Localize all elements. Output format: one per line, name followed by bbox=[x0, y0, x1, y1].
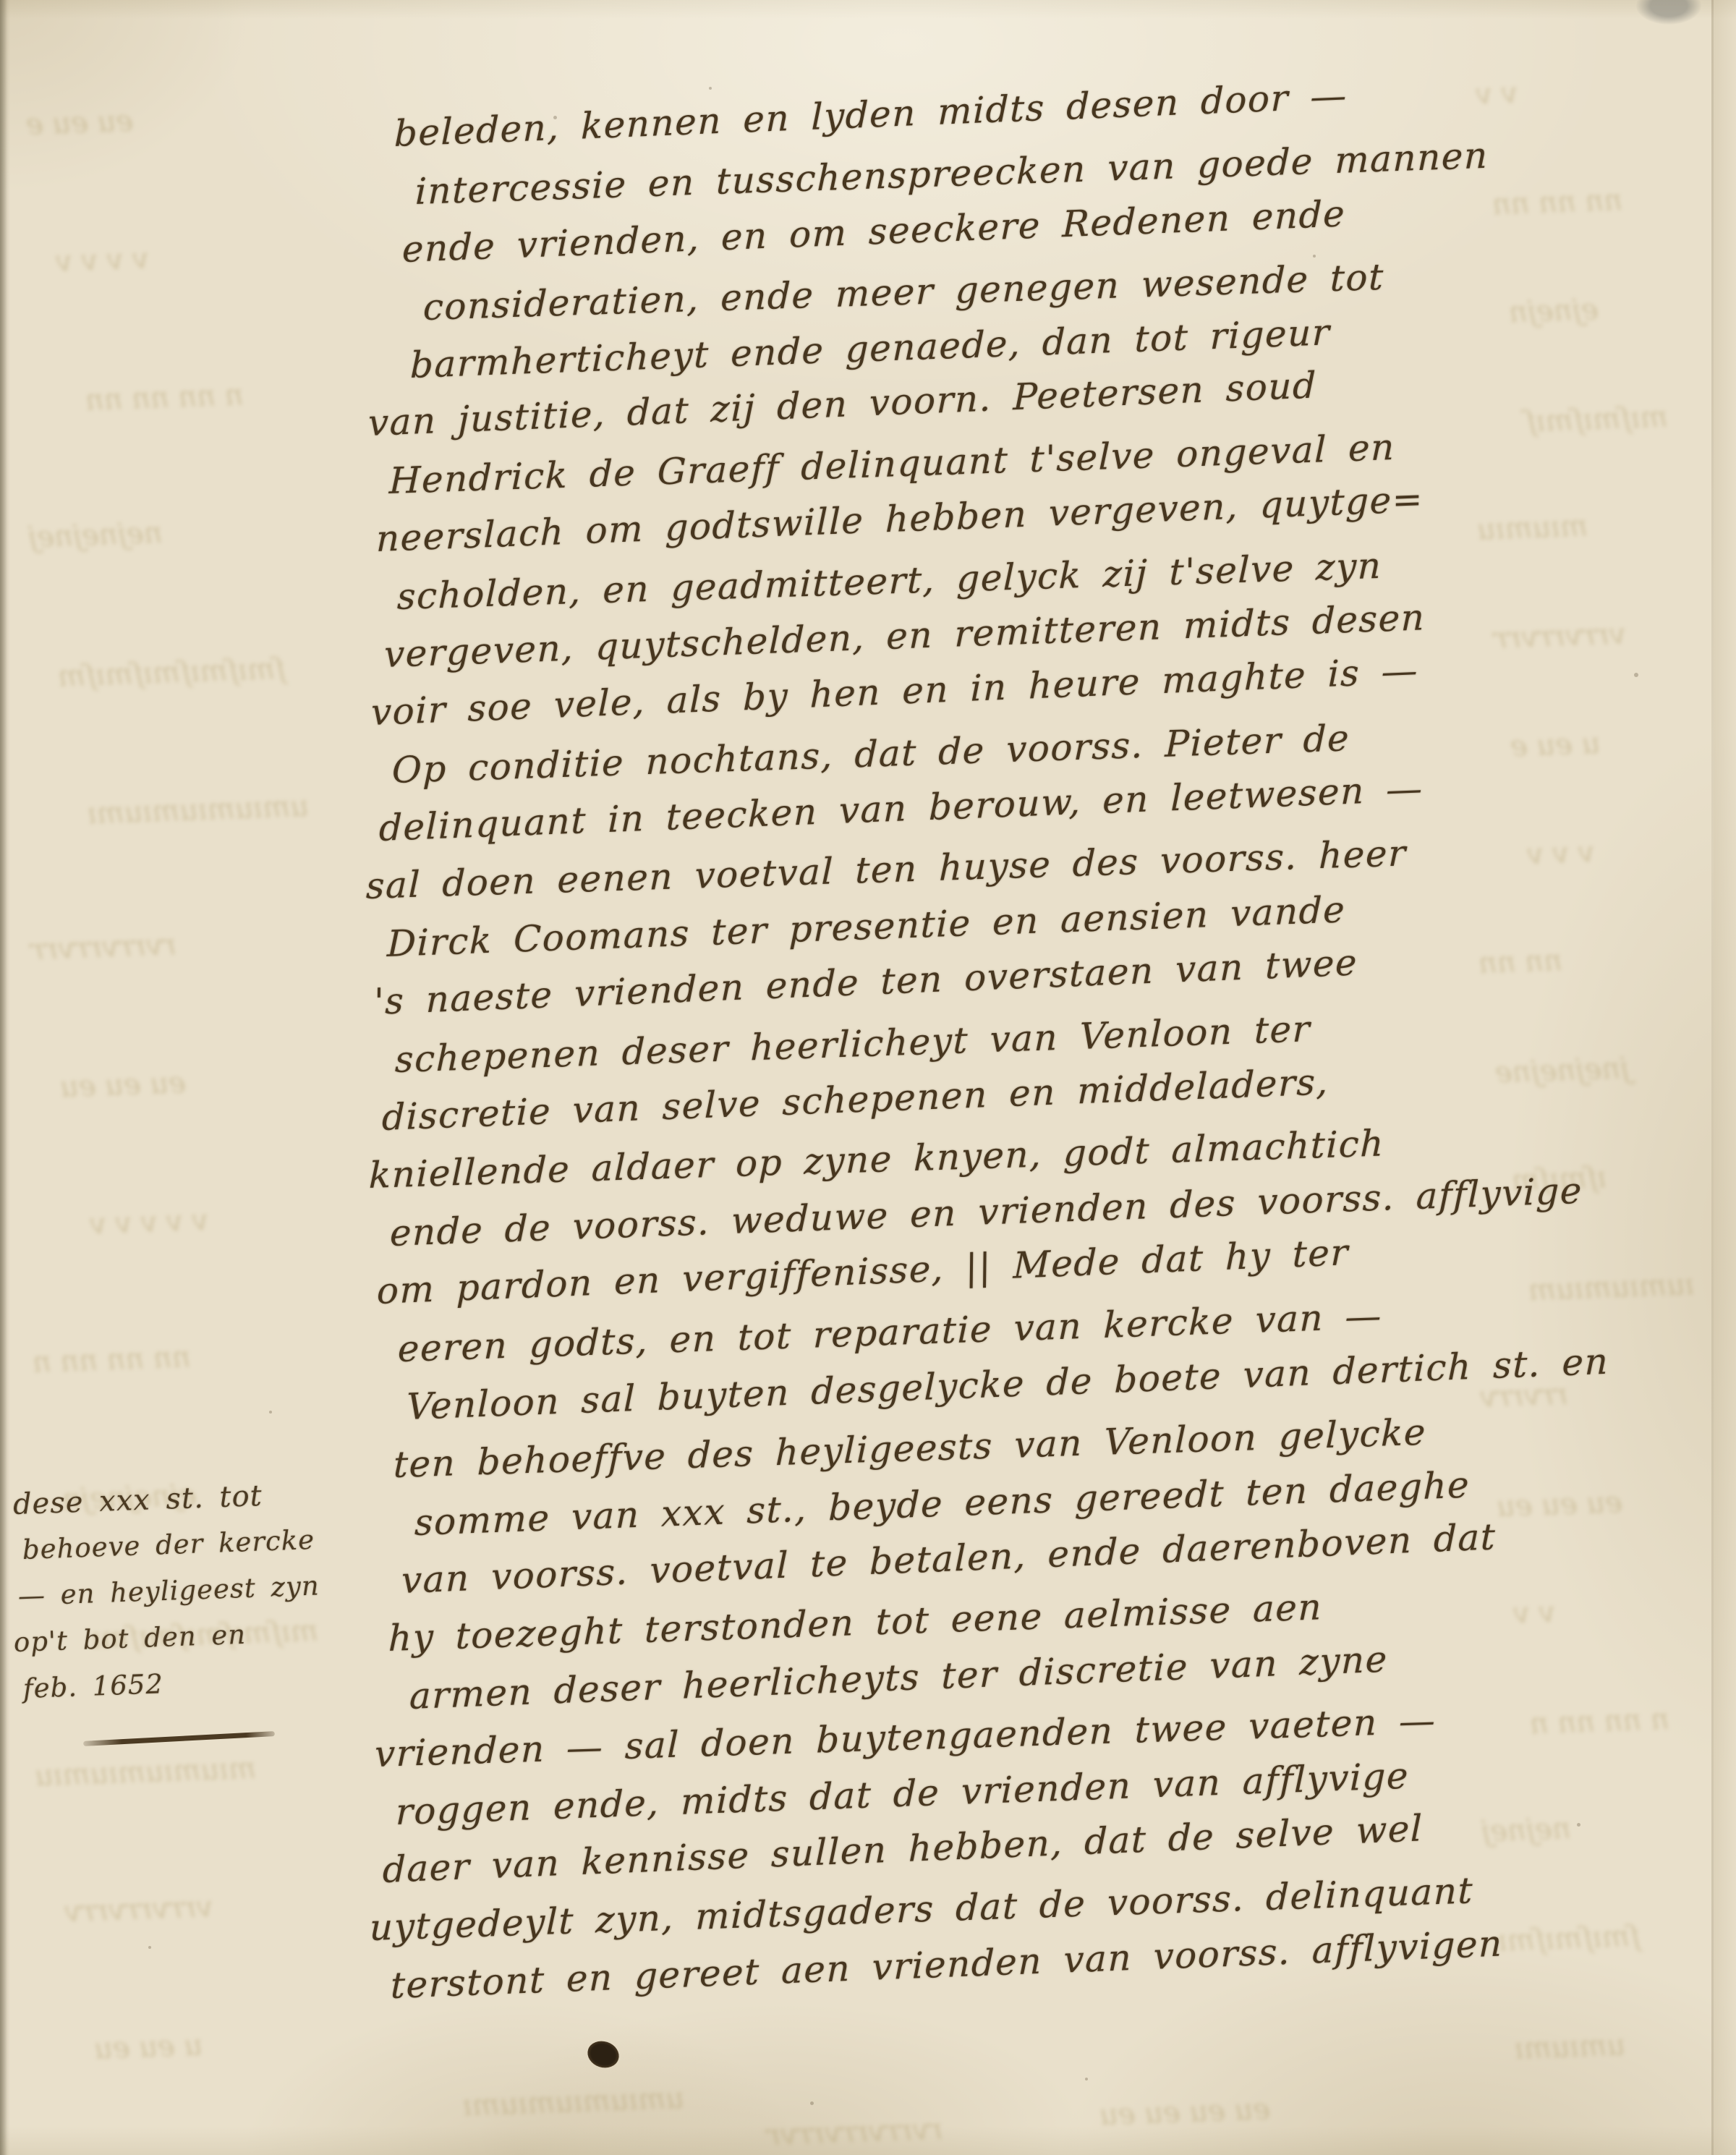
ghost-text: rvrrvrrvrr bbox=[30, 930, 176, 964]
page-left-edge bbox=[0, 0, 7, 2155]
ghost-text: u eu eu bbox=[93, 2031, 203, 2063]
paper-speck bbox=[810, 2101, 814, 2105]
ghost-text: rvrrvrrvrrvr bbox=[766, 2115, 943, 2150]
ghost-text: mıumıumıumıu bbox=[34, 1754, 256, 1791]
ghost-text: ſmıſmıſmıſmıſm bbox=[57, 655, 286, 692]
ghost-text: n nn nn nn bbox=[85, 381, 244, 415]
ghost-text: nejnej bbox=[1481, 1814, 1571, 1846]
ghost-text: v v v v bbox=[55, 245, 149, 276]
paper-speck bbox=[709, 87, 712, 90]
ghost-text: eu eu eu bbox=[59, 1068, 186, 1102]
ghost-text: vrrvrrvrr bbox=[1493, 620, 1626, 653]
ghost-text: u eu e bbox=[1510, 729, 1601, 761]
page-right-edge-band bbox=[1714, 0, 1736, 2155]
ghost-text: eu eu eu bbox=[1496, 1488, 1622, 1521]
ghost-text: ſmıſmıſmı bbox=[1497, 1922, 1641, 1956]
ghost-text: ejnejn bbox=[1508, 295, 1599, 327]
ghost-text: umıumıumıumı bbox=[87, 792, 309, 829]
page-fold-line bbox=[1711, 0, 1714, 2155]
paper-speck bbox=[269, 1411, 272, 1414]
ghost-text: v v bbox=[1475, 79, 1518, 109]
paper-speck bbox=[1634, 673, 1638, 677]
ink-blot bbox=[584, 2037, 623, 2072]
corner-smudge bbox=[1636, 0, 1701, 25]
manuscript-page: eu eu e v v v v n nn nn nn nejnejnejſmıſ… bbox=[0, 0, 1736, 2155]
ghost-text: eu eu eu eu bbox=[1099, 2095, 1270, 2130]
ghost-text: vrrvrrvrrv bbox=[64, 1892, 213, 1926]
ghost-text: v v v v v bbox=[89, 1206, 208, 1239]
margin-note-line: feb. 1652 bbox=[22, 1670, 163, 1702]
paper-speck bbox=[148, 1946, 151, 1949]
margin-note-line: op't bot den en bbox=[13, 1621, 246, 1656]
paper-speck bbox=[1085, 2078, 1088, 2080]
paper-speck bbox=[1313, 255, 1316, 258]
paper-speck bbox=[1577, 1823, 1580, 1827]
ghost-text: nn nn nn n bbox=[32, 1343, 191, 1377]
ghost-text: n nn nn n bbox=[1529, 1705, 1669, 1739]
ghost-text: mıſmıſmıſ bbox=[1525, 403, 1668, 437]
ghost-text: umıumıumıumı bbox=[462, 2084, 684, 2121]
margin-note-line: behoeve der kercke bbox=[22, 1526, 315, 1563]
ghost-text: umıumı bbox=[1514, 2031, 1625, 2063]
ghost-text: nn nn bbox=[1478, 946, 1562, 978]
ghost-text: v v bbox=[1512, 1598, 1555, 1628]
ghost-text: nn nn nn bbox=[1492, 186, 1622, 219]
ghost-text: nejnejnej bbox=[27, 519, 163, 552]
ghost-text: mıumıu bbox=[1476, 511, 1588, 544]
margin-note-line: dese xxx st. tot bbox=[12, 1482, 263, 1519]
ghost-text: v v v bbox=[1526, 838, 1595, 869]
ghost-text: jnejnejne bbox=[1494, 1054, 1630, 1087]
manuscript-line: beleden, kennen en lyden midts desen doo… bbox=[394, 77, 1348, 152]
margin-note-line: — en heyligeest zyn bbox=[17, 1572, 320, 1610]
margin-note-underline bbox=[83, 1731, 275, 1746]
ghost-text: ıumıumıum bbox=[1528, 1270, 1695, 1305]
ghost-text: eu eu e bbox=[25, 106, 133, 139]
